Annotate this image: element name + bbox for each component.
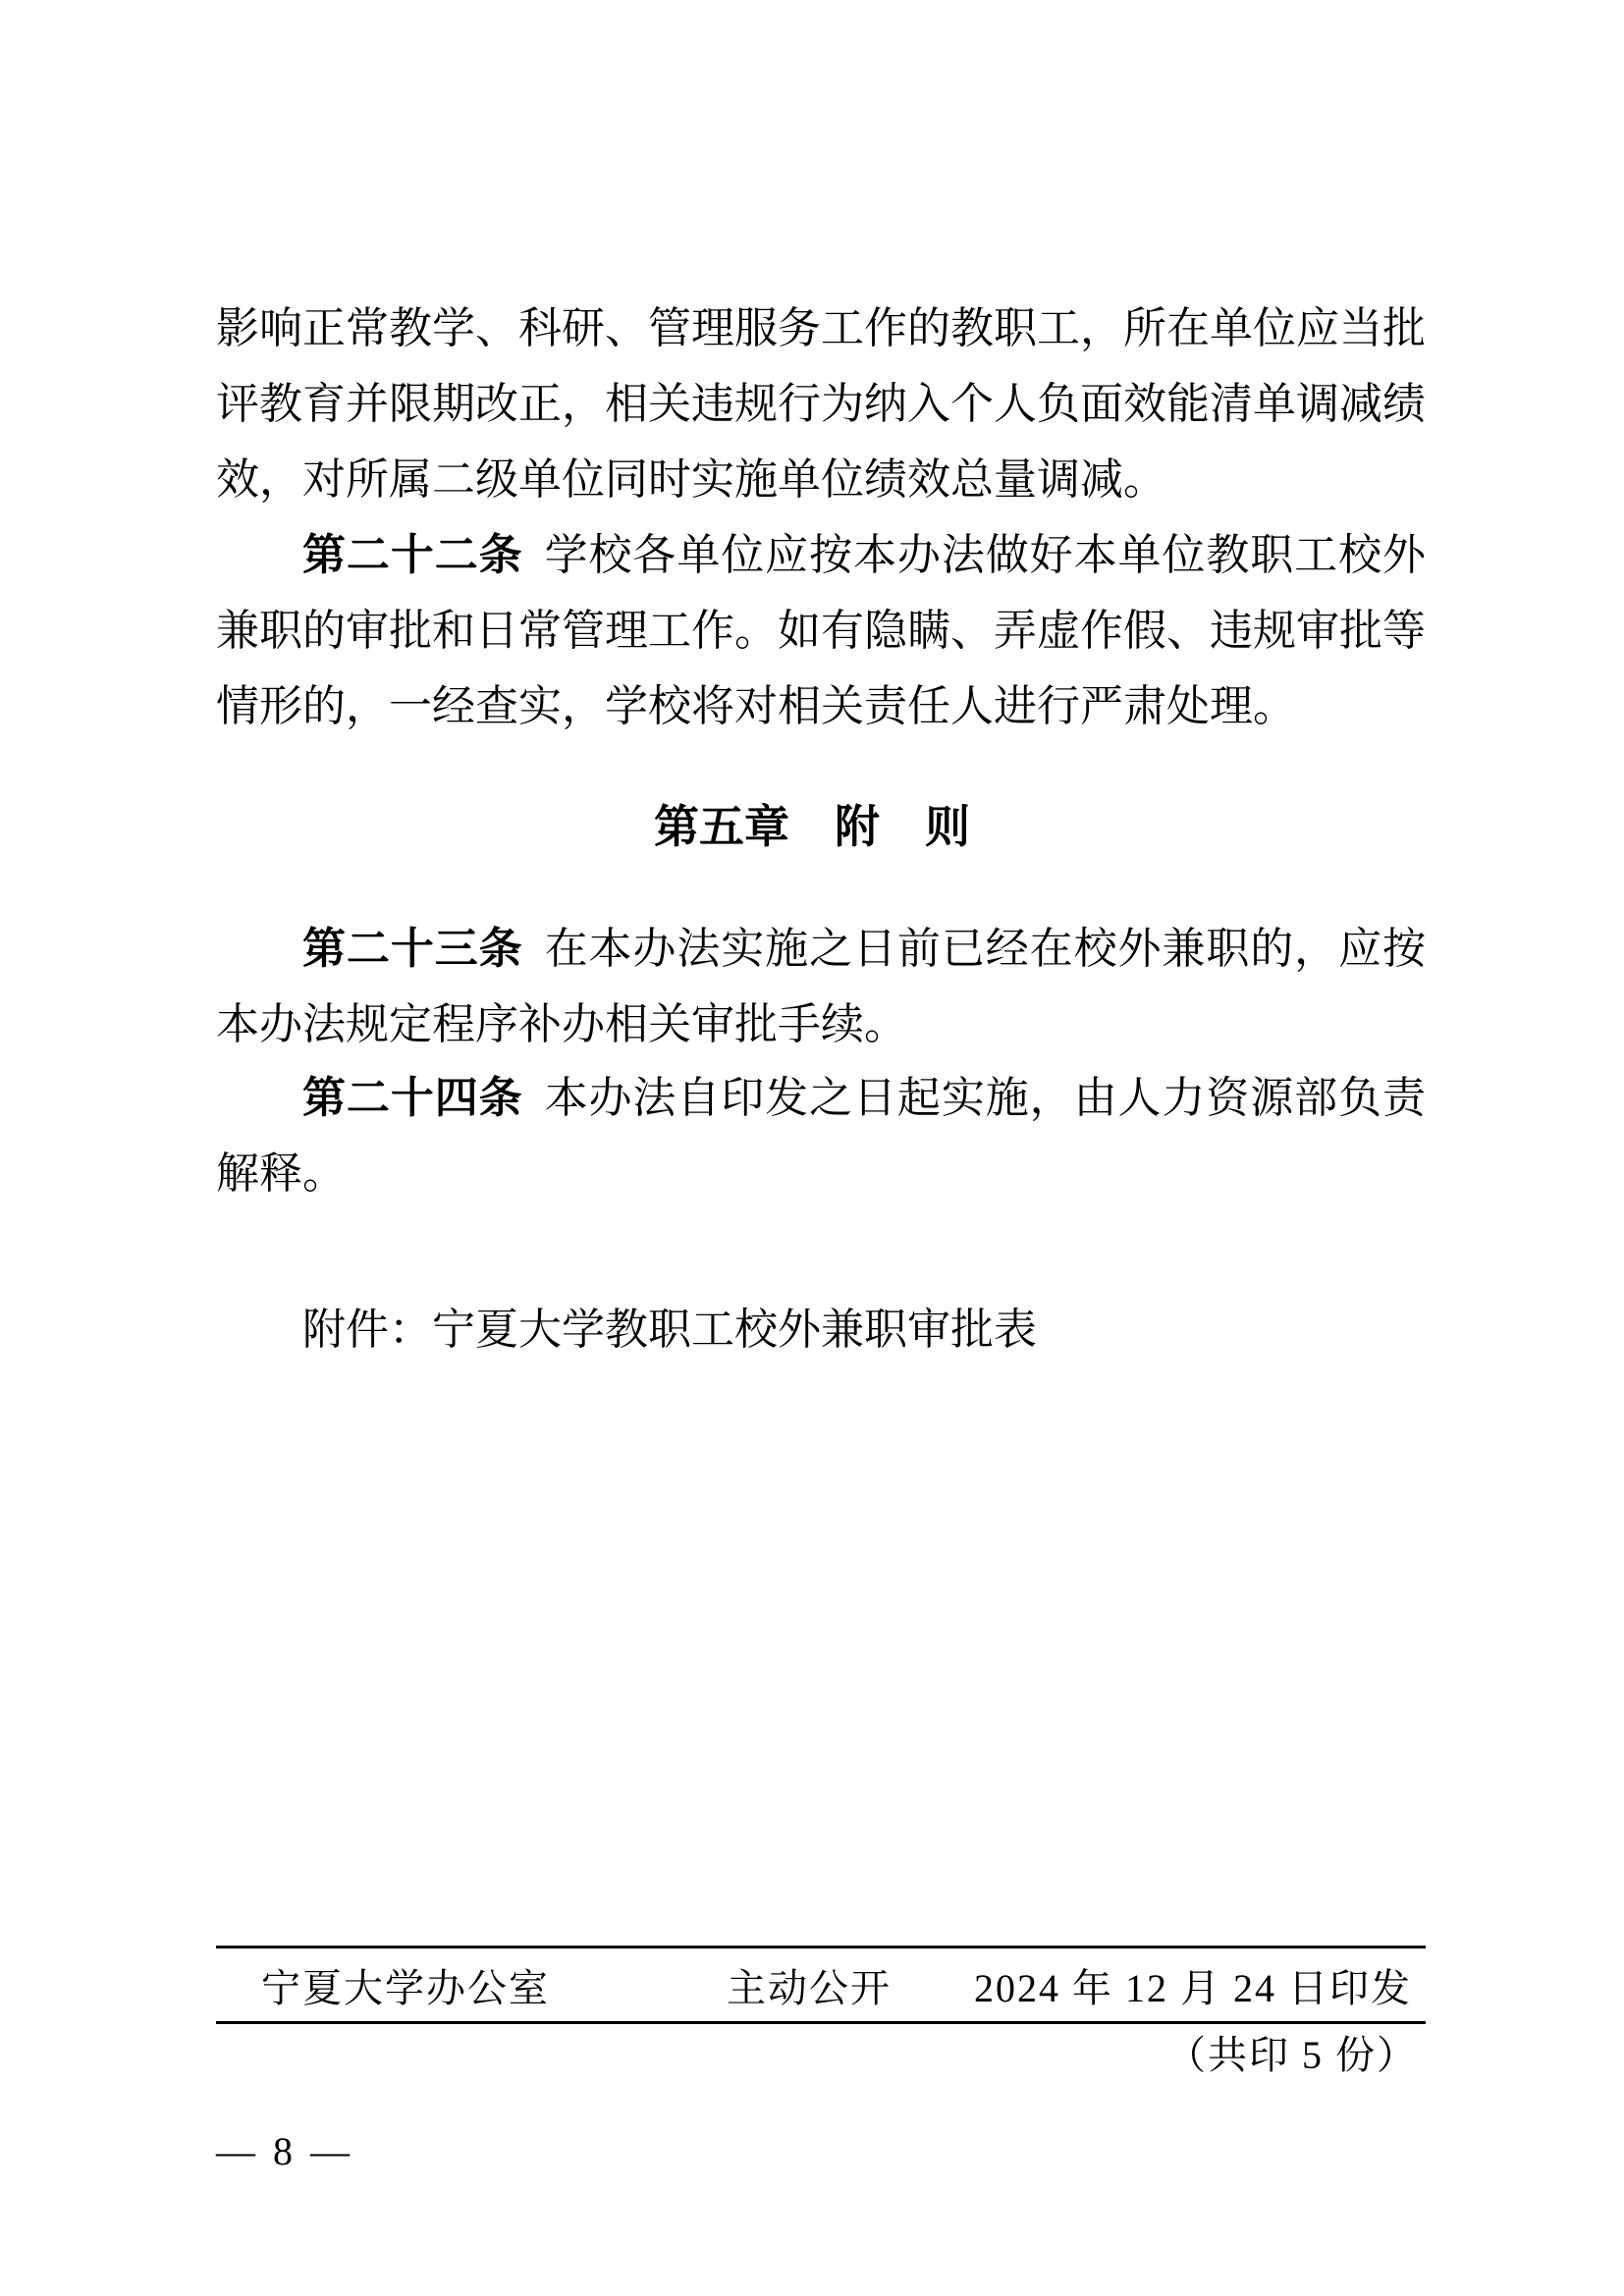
paragraph-article-23: 第二十三条在本办法实施之日前已经在校外兼职的，应按本办法规定程序补办相关审批手续… — [216, 911, 1426, 1062]
article-22-label: 第二十二条 — [302, 531, 523, 579]
footer-bottom-rule — [216, 2021, 1426, 2024]
footer-disclosure-label: 主动公开 — [727, 1961, 892, 2016]
footer-top-rule — [216, 1946, 1426, 1949]
footer-row: 宁夏大学办公室 主动公开 2024 年 12 月 24 日印发 — [216, 1961, 1426, 2016]
footer-print-date: 2024 年 12 月 24 日印发 — [974, 1961, 1412, 2016]
chapter-heading: 第五章 附 则 — [0, 800, 1624, 853]
paragraph-article-24: 第二十四条本办法自印发之日起实施，由人力资源部负责解释。 — [216, 1060, 1426, 1211]
document-page: 影响正常教学、科研、管理服务工作的教职工，所在单位应当批评教育并限期改正，相关违… — [0, 0, 1624, 2296]
paragraph-article-22: 第二十二条学校各单位应按本办法做好本单位教职工校外兼职的审批和日常管理工作。如有… — [216, 517, 1426, 744]
print-count: （共印 5 份） — [1166, 2030, 1418, 2081]
paragraph-continued: 影响正常教学、科研、管理服务工作的教职工，所在单位应当批评教育并限期改正，相关违… — [216, 291, 1426, 517]
attachment-line: 附件：宁夏大学教职工校外兼职审批表 — [216, 1292, 1426, 1367]
article-24-label: 第二十四条 — [302, 1074, 523, 1122]
page-number: — 8 — — [216, 2128, 353, 2175]
article-23-label: 第二十三条 — [302, 925, 523, 973]
footer-issuing-office: 宁夏大学办公室 — [261, 1961, 550, 2016]
